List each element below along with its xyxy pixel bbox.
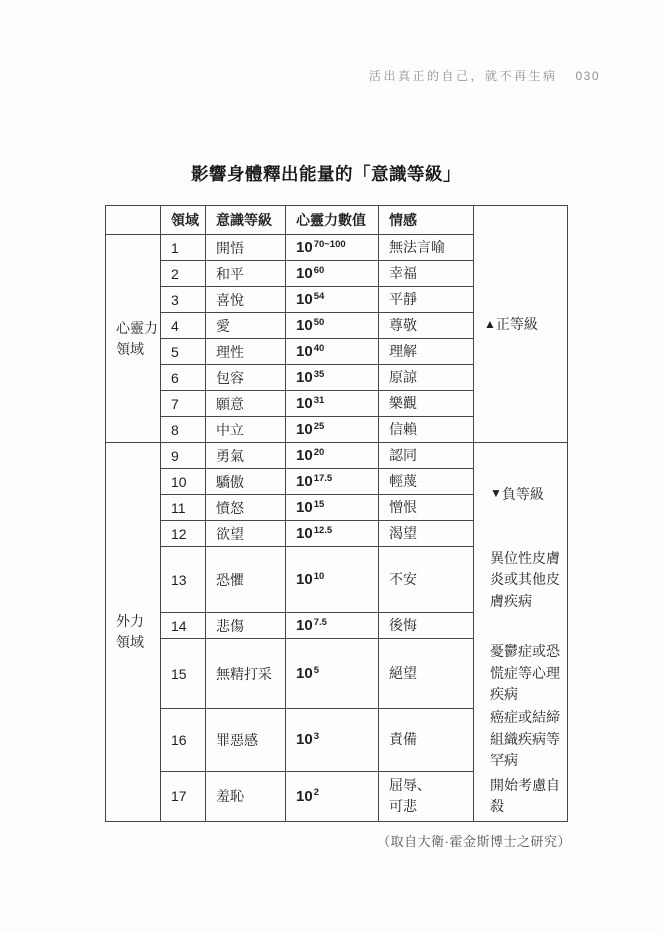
domain-group-mind-power: 心靈力 領域 xyxy=(106,235,161,443)
cell-emotion: 責備 xyxy=(379,708,474,771)
cell-level: 羞恥 xyxy=(206,771,286,821)
cell-level: 欲望 xyxy=(206,521,286,547)
col-header-level: 意識等級 xyxy=(206,206,286,235)
running-header: 活出真正的自己，就不再生病030 xyxy=(369,67,600,84)
domain-group-external-force: 外力 領域 xyxy=(106,443,161,822)
cell-level: 無精打采 xyxy=(206,639,286,708)
cell-rank: 5 xyxy=(161,339,206,365)
cell-level: 恐懼 xyxy=(206,547,286,613)
cell-rank: 3 xyxy=(161,287,206,313)
cell-power-value: 1054 xyxy=(286,287,379,313)
cell-emotion: 渴望 xyxy=(379,521,474,547)
source-note: （取自大衛·霍金斯博士之研究） xyxy=(105,831,571,850)
consciousness-levels-table: 領域 意識等級 心靈力數值 情感 ▲正等級 心靈力 領域 1 開悟 1070~1… xyxy=(105,205,568,822)
cell-level: 悲傷 xyxy=(206,613,286,639)
cell-power-value: 1010 xyxy=(286,547,379,613)
table-header-row: 領域 意識等級 心靈力數值 情感 ▲正等級 xyxy=(106,206,568,235)
cell-rank: 14 xyxy=(161,613,206,639)
annotation-suicide: 開始考慮自 殺 xyxy=(484,771,567,821)
cell-power-value: 105 xyxy=(286,639,379,708)
cell-emotion: 認同 xyxy=(379,443,474,469)
col-header-emotion: 情感 xyxy=(379,206,474,235)
cell-emotion: 屈辱、 可悲 xyxy=(379,771,474,821)
running-header-text: 活出真正的自己，就不再生病 xyxy=(369,69,558,83)
page-title: 影響身體釋出能量的「意識等級」 xyxy=(95,161,557,186)
cell-level: 憤怒 xyxy=(206,495,286,521)
cell-emotion: 原諒 xyxy=(379,365,474,391)
book-page: 活出真正的自己，就不再生病030 影響身體釋出能量的「意識等級」 領域 意識等級… xyxy=(0,0,663,932)
cell-power-value: 1015 xyxy=(286,495,379,521)
cell-rank: 9 xyxy=(161,443,206,469)
cell-rank: 6 xyxy=(161,365,206,391)
annotation-empty xyxy=(484,613,567,639)
cell-level: 開悟 xyxy=(206,235,286,261)
col-header-power: 心靈力數值 xyxy=(286,206,379,235)
cell-level: 理性 xyxy=(206,339,286,365)
cell-rank: 11 xyxy=(161,495,206,521)
cell-emotion: 絕望 xyxy=(379,639,474,708)
cell-level: 罪惡感 xyxy=(206,708,286,771)
cell-rank: 16 xyxy=(161,708,206,771)
cell-level: 包容 xyxy=(206,365,286,391)
cell-power-value: 1031 xyxy=(286,391,379,417)
cell-level: 愛 xyxy=(206,313,286,339)
cell-rank: 1 xyxy=(161,235,206,261)
cell-rank: 8 xyxy=(161,417,206,443)
positive-grade-label: 正等級 xyxy=(496,316,538,332)
positive-grade-cell: ▲正等級 xyxy=(474,206,568,443)
page-number: 030 xyxy=(575,69,600,83)
annotation-cancer: 癌症或結締 組織疾病等 罕病 xyxy=(484,708,567,771)
cell-emotion: 無法言喻 xyxy=(379,235,474,261)
cell-rank: 10 xyxy=(161,469,206,495)
cell-level: 勇氣 xyxy=(206,443,286,469)
cell-rank: 15 xyxy=(161,639,206,708)
cell-emotion: 信賴 xyxy=(379,417,474,443)
cell-emotion: 幸福 xyxy=(379,261,474,287)
cell-level: 驕傲 xyxy=(206,469,286,495)
cell-power-value: 107.5 xyxy=(286,613,379,639)
cell-emotion: 憎恨 xyxy=(379,495,474,521)
cell-emotion: 不安 xyxy=(379,547,474,613)
cell-power-value: 1020 xyxy=(286,443,379,469)
cell-rank: 4 xyxy=(161,313,206,339)
up-triangle-icon: ▲ xyxy=(484,317,496,331)
cell-emotion: 尊敬 xyxy=(379,313,474,339)
cell-rank: 2 xyxy=(161,261,206,287)
cell-emotion: 樂觀 xyxy=(379,391,474,417)
down-triangle-icon: ▼ xyxy=(490,483,502,505)
cell-emotion: 後悔 xyxy=(379,613,474,639)
table-row: 外力 領域 9 勇氣 1020 認同 ▼負等級 異位性皮膚 炎或其他皮 膚疾病 … xyxy=(106,443,568,469)
cell-power-value: 1070~100 xyxy=(286,235,379,261)
negative-annotations-cell: ▼負等級 異位性皮膚 炎或其他皮 膚疾病 憂鬱症或恐 慌症等心理 疾病 癌症或結… xyxy=(474,443,568,822)
annotation-skin-disease: 異位性皮膚 炎或其他皮 膚疾病 xyxy=(484,547,567,613)
cell-power-value: 1035 xyxy=(286,365,379,391)
negative-grade-label: ▼負等級 xyxy=(484,443,567,547)
cell-power-value: 1040 xyxy=(286,339,379,365)
cell-power-value: 103 xyxy=(286,708,379,771)
cell-power-value: 1012.5 xyxy=(286,521,379,547)
cell-rank: 13 xyxy=(161,547,206,613)
cell-level: 和平 xyxy=(206,261,286,287)
cell-rank: 7 xyxy=(161,391,206,417)
cell-level: 願意 xyxy=(206,391,286,417)
cell-emotion: 輕蔑 xyxy=(379,469,474,495)
cell-rank: 17 xyxy=(161,771,206,821)
cell-emotion: 理解 xyxy=(379,339,474,365)
cell-power-value: 1050 xyxy=(286,313,379,339)
cell-power-value: 102 xyxy=(286,771,379,821)
cell-rank: 12 xyxy=(161,521,206,547)
col-header-domain: 領域 xyxy=(161,206,206,235)
cell-power-value: 1060 xyxy=(286,261,379,287)
cell-level: 中立 xyxy=(206,417,286,443)
cell-level: 喜悅 xyxy=(206,287,286,313)
annotation-mental-illness: 憂鬱症或恐 慌症等心理 疾病 xyxy=(484,639,567,708)
cell-power-value: 1017.5 xyxy=(286,469,379,495)
cell-power-value: 1025 xyxy=(286,417,379,443)
cell-emotion: 平靜 xyxy=(379,287,474,313)
header-spacer-cell xyxy=(106,206,161,235)
